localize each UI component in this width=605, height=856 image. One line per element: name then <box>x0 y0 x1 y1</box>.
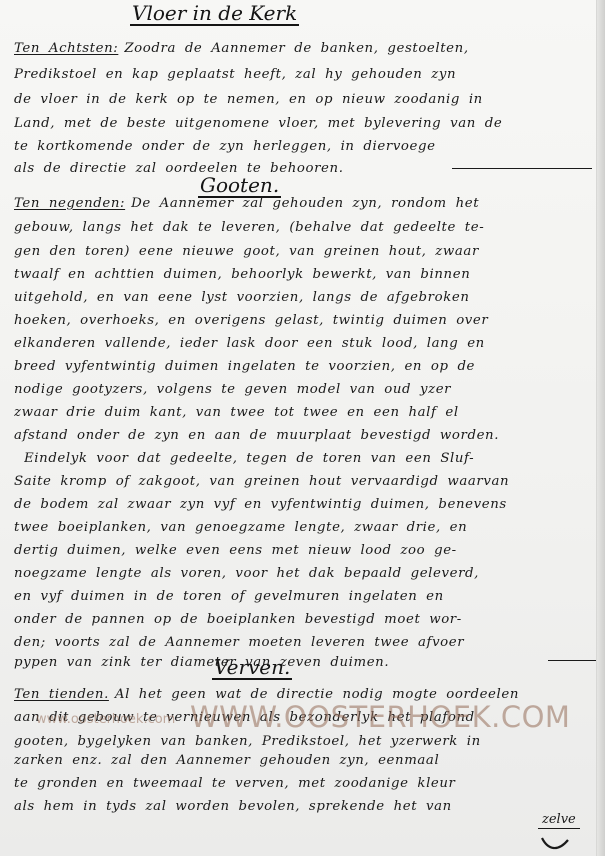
line-text: De Aannemer zal gehouden zyn, rondom het <box>131 196 479 211</box>
line-text: uitgehold, en van eene lyst voorzien, la… <box>14 290 470 305</box>
text-line: Ten Achtsten:Zoodra de Aannemer de banke… <box>14 40 591 58</box>
line-text: onder de pannen op de boeiplanken bevest… <box>14 612 462 627</box>
line-text: Eindelyk voor dat gedeelte, tegen de tor… <box>24 451 474 466</box>
text-line: Land, met de beste uitgenomene vloer, me… <box>14 115 591 133</box>
line-text: afstand onder de zyn en aan de muurplaat… <box>14 428 499 443</box>
text-line: twee boeiplanken, van genoegzame lengte,… <box>14 519 591 537</box>
line-text: twaalf en achttien duimen, behoorlyk bew… <box>14 267 470 282</box>
text-line: noegzame lengte als voren, voor het dak … <box>14 565 591 583</box>
text-line: Saite kromp of zakgoot, van greinen hout… <box>14 473 591 491</box>
text-line: de vloer in de kerk op te nemen, en op n… <box>14 91 591 109</box>
text-line: onder de pannen op de boeiplanken bevest… <box>14 611 591 629</box>
text-line: en vyf duimen in de toren of gevelmuren … <box>14 588 591 606</box>
line-text: als hem in tyds zal worden bevolen, spre… <box>14 799 452 814</box>
text-line: afstand onder de zyn en aan de muurplaat… <box>14 427 591 445</box>
text-line: zarken enz. zal den Aannemer gehouden zy… <box>14 752 591 770</box>
line-text: pypen van zink ter diameter van zeven du… <box>14 655 389 670</box>
signature-catchword: zelve <box>538 812 580 829</box>
line-text: twee boeiplanken, van genoegzame lengte,… <box>14 520 467 535</box>
line-text: te kortkomende onder de zyn herleggen, i… <box>14 139 436 154</box>
end-rule <box>452 168 592 169</box>
text-line: Eindelyk voor dat gedeelte, tegen de tor… <box>24 450 591 468</box>
text-line: uitgehold, en van eene lyst voorzien, la… <box>14 289 591 307</box>
line-text: Zoodra de Aannemer de banken, gestoelten… <box>124 41 468 56</box>
text-line: als hem in tyds zal worden bevolen, spre… <box>14 798 591 816</box>
line-text: den; voorts zal de Aannemer moeten lever… <box>14 635 464 650</box>
line-text: en vyf duimen in de toren of gevelmuren … <box>14 589 444 604</box>
text-line: twaalf en achttien duimen, behoorlyk bew… <box>14 266 591 284</box>
text-line: gen den toren) eene nieuwe goot, van gre… <box>14 243 591 261</box>
line-text: gebouw, langs het dak te leveren, (behal… <box>14 220 484 235</box>
text-line: pypen van zink ter diameter van zeven du… <box>14 654 591 672</box>
text-line: hoeken, overhoeks, en overigens gelast, … <box>14 312 591 330</box>
line-text: nodige gootyzers, volgens te geven model… <box>14 382 451 397</box>
line-text: zwaar drie duim kant, van twee tot twee … <box>14 405 459 420</box>
line-text: te gronden en tweemaal te verven, met zo… <box>14 776 456 791</box>
watermark-small: www.oosterhoek.com <box>36 712 175 727</box>
text-line: den; voorts zal de Aannemer moeten lever… <box>14 634 591 652</box>
text-line: gooten, bygelyken van banken, Predikstoe… <box>14 733 591 751</box>
watermark-large: WWW.OOSTERHOEK.COM <box>190 700 570 734</box>
line-text: de vloer in de kerk op te nemen, en op n… <box>14 92 483 107</box>
line-text: gen den toren) eene nieuwe goot, van gre… <box>14 244 479 259</box>
line-text: Predikstoel en kap geplaatst heeft, zal … <box>14 67 456 82</box>
line-text: noegzame lengte als voren, voor het dak … <box>14 566 479 581</box>
line-text: dertig duimen, welke even eens met nieuw… <box>14 543 457 558</box>
article-lead: Ten tienden. <box>14 687 109 702</box>
text-line: de bodem zal zwaar zyn vyf en vyfentwint… <box>14 496 591 514</box>
line-text: als de directie zal oordeelen te behoore… <box>14 161 344 176</box>
text-line: te gronden en tweemaal te verven, met zo… <box>14 775 591 793</box>
text-line: Predikstoel en kap geplaatst heeft, zal … <box>14 66 591 84</box>
line-text: Land, met de beste uitgenomene vloer, me… <box>14 116 502 131</box>
text-line: breed vyfentwintig duimen ingelaten te v… <box>14 358 591 376</box>
page-edge <box>596 0 605 856</box>
article-lead: Ten negenden: <box>14 196 125 211</box>
line-text: hoeken, overhoeks, en overigens gelast, … <box>14 313 488 328</box>
line-text: zarken enz. zal den Aannemer gehouden zy… <box>14 753 439 768</box>
text-line: nodige gootyzers, volgens te geven model… <box>14 381 591 399</box>
article-lead: Ten Achtsten: <box>14 41 118 56</box>
line-text: elkanderen vallende, ieder lask door een… <box>14 336 485 351</box>
text-line: Ten negenden:De Aannemer zal gehouden zy… <box>14 195 591 213</box>
section-heading-verven: Verven. <box>212 656 292 680</box>
line-text: breed vyfentwintig duimen ingelaten te v… <box>14 359 475 374</box>
line-text: Saite kromp of zakgoot, van greinen hout… <box>14 474 509 489</box>
text-line: te kortkomende onder de zyn herleggen, i… <box>14 138 591 156</box>
line-text: de bodem zal zwaar zyn vyf en vyfentwint… <box>14 497 507 512</box>
text-line: elkanderen vallende, ieder lask door een… <box>14 335 591 353</box>
line-text: gooten, bygelyken van banken, Predikstoe… <box>14 734 481 749</box>
text-line: dertig duimen, welke even eens met nieuw… <box>14 542 591 560</box>
text-line: gebouw, langs het dak te leveren, (behal… <box>14 219 591 237</box>
section-heading-vloer: Vloer in de Kerk <box>130 2 299 26</box>
text-line: zwaar drie duim kant, van twee tot twee … <box>14 404 591 422</box>
end-rule <box>548 660 596 661</box>
flourish-icon <box>540 832 570 856</box>
text-line: als de directie zal oordeelen te behoore… <box>14 160 591 178</box>
document-page: Vloer in de Kerk Ten Achtsten:Zoodra de … <box>0 0 605 856</box>
